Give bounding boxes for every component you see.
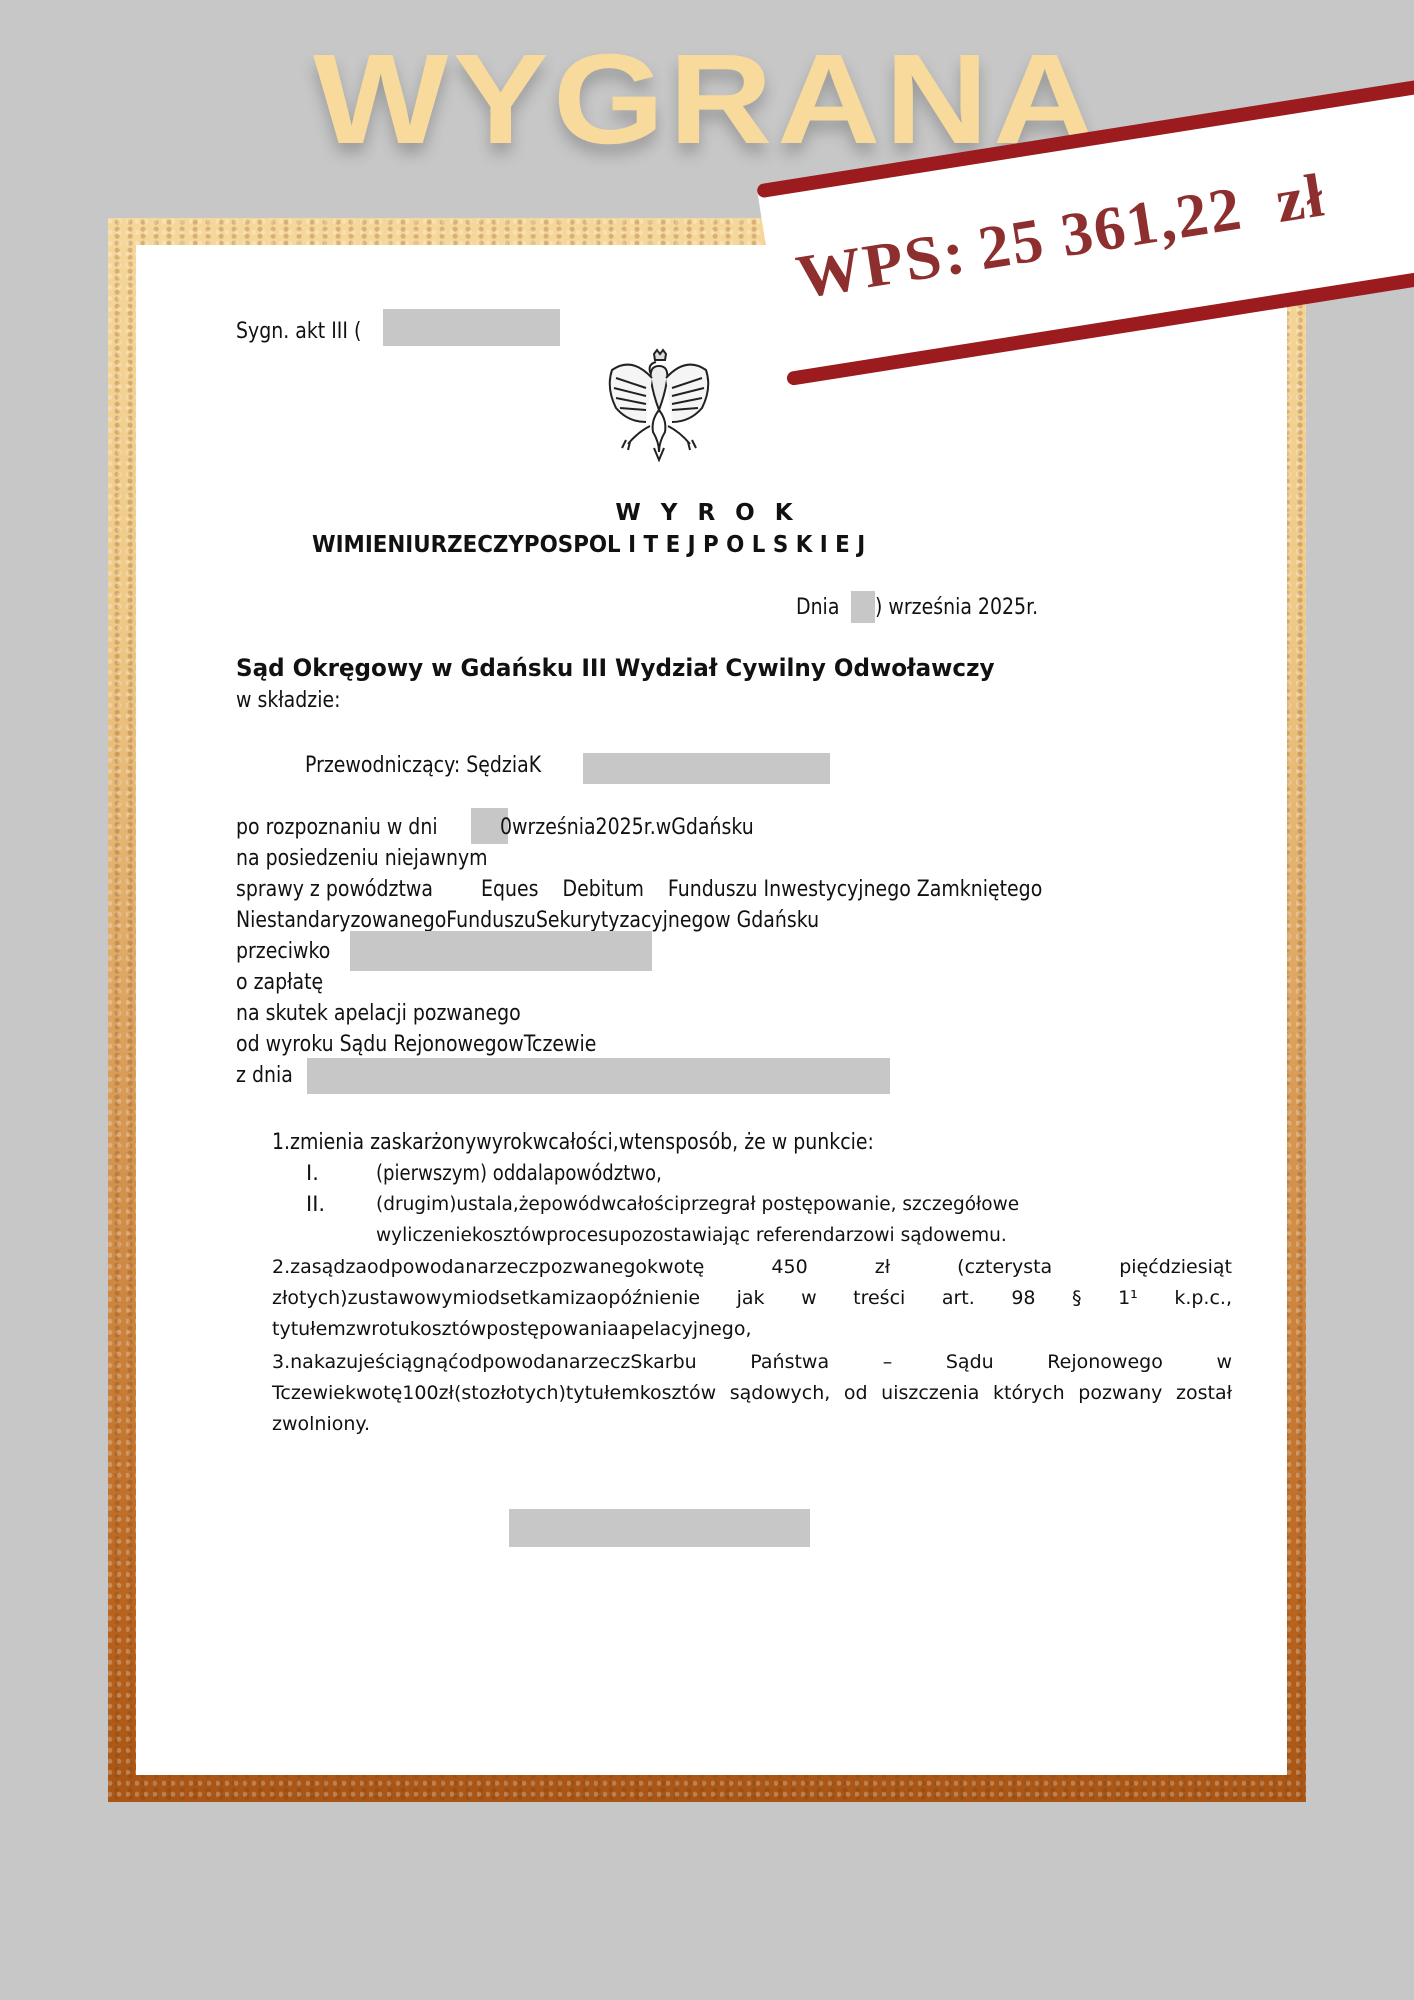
subject: o zapłatę	[236, 967, 323, 998]
lower-court: od wyroku Sądu RejonowegowTczewie	[236, 1029, 596, 1060]
redaction-lower-court-date	[307, 1058, 890, 1094]
ruling-2: 2.zasądzaodpowodanarzeczpozwanegokwotę 4…	[272, 1252, 1232, 1347]
hearing-suffix: 0września2025r.wGdańsku	[500, 812, 754, 843]
ruling-1-points: I. (pierwszym) oddalapowództwo, II. (dru…	[306, 1158, 1376, 1251]
date-suffix: ) września 2025r.	[875, 592, 1038, 623]
redaction-defendant	[350, 931, 652, 971]
point-text: (pierwszym) oddalapowództwo,	[376, 1158, 1081, 1189]
session-type: na posiedzeniu niejawnym	[236, 843, 488, 874]
plaintiff-line-1: sprawy z powództwa Eques Debitum Fundusz…	[236, 874, 1042, 905]
ruling-1-point: I. (pierwszym) oddalapowództwo,	[306, 1158, 1376, 1189]
redaction-day	[851, 591, 875, 623]
ruling-1: 1.zmienia zaskarżonywyrokwcałości,wtensp…	[272, 1127, 874, 1158]
against-label: przeciwko	[236, 936, 330, 967]
point-number: I.	[306, 1158, 376, 1189]
polish-eagle-icon	[604, 348, 714, 462]
title-in-the-name-of-republic: WIMIENIURZECZYPOSPOL I T E J P O L S K I…	[312, 532, 865, 558]
ruling-2-text: 2.zasądzaodpowodanarzeczpozwanegokwotę 4…	[272, 1252, 1232, 1345]
case-signature: Sygn. akt III (	[236, 316, 361, 347]
point-number: II.	[306, 1189, 376, 1251]
ruling-3-text: 3.nakazujeściągnąćodpowodanarzeczSkarbu …	[272, 1347, 1232, 1440]
hearing-prefix: po rozpoznaniu w dni	[236, 812, 438, 843]
composition-label: w składzie:	[236, 685, 340, 716]
court-name: Sąd Okręgowy w Gdańsku III Wydział Cywil…	[236, 654, 995, 682]
point-text: (drugim)ustala,żepowódwcałościprzegrał p…	[376, 1189, 1376, 1251]
redaction-judge-name	[583, 753, 830, 784]
appeal-basis: na skutek apelacji pozwanego	[236, 998, 521, 1029]
presiding-judge: Przewodniczący: SędziaK	[305, 750, 541, 781]
title-wyrok: W Y R O K	[0, 500, 1414, 526]
ruling-1-point: II. (drugim)ustala,żepowódwcałościprzegr…	[306, 1189, 1376, 1251]
redaction-case-number	[383, 309, 560, 346]
redaction-signature	[509, 1509, 810, 1547]
from-date-label: z dnia	[236, 1060, 293, 1091]
ruling-3: 3.nakazujeściągnąćodpowodanarzeczSkarbu …	[272, 1347, 1232, 1442]
date-prefix: Dnia	[796, 592, 839, 623]
